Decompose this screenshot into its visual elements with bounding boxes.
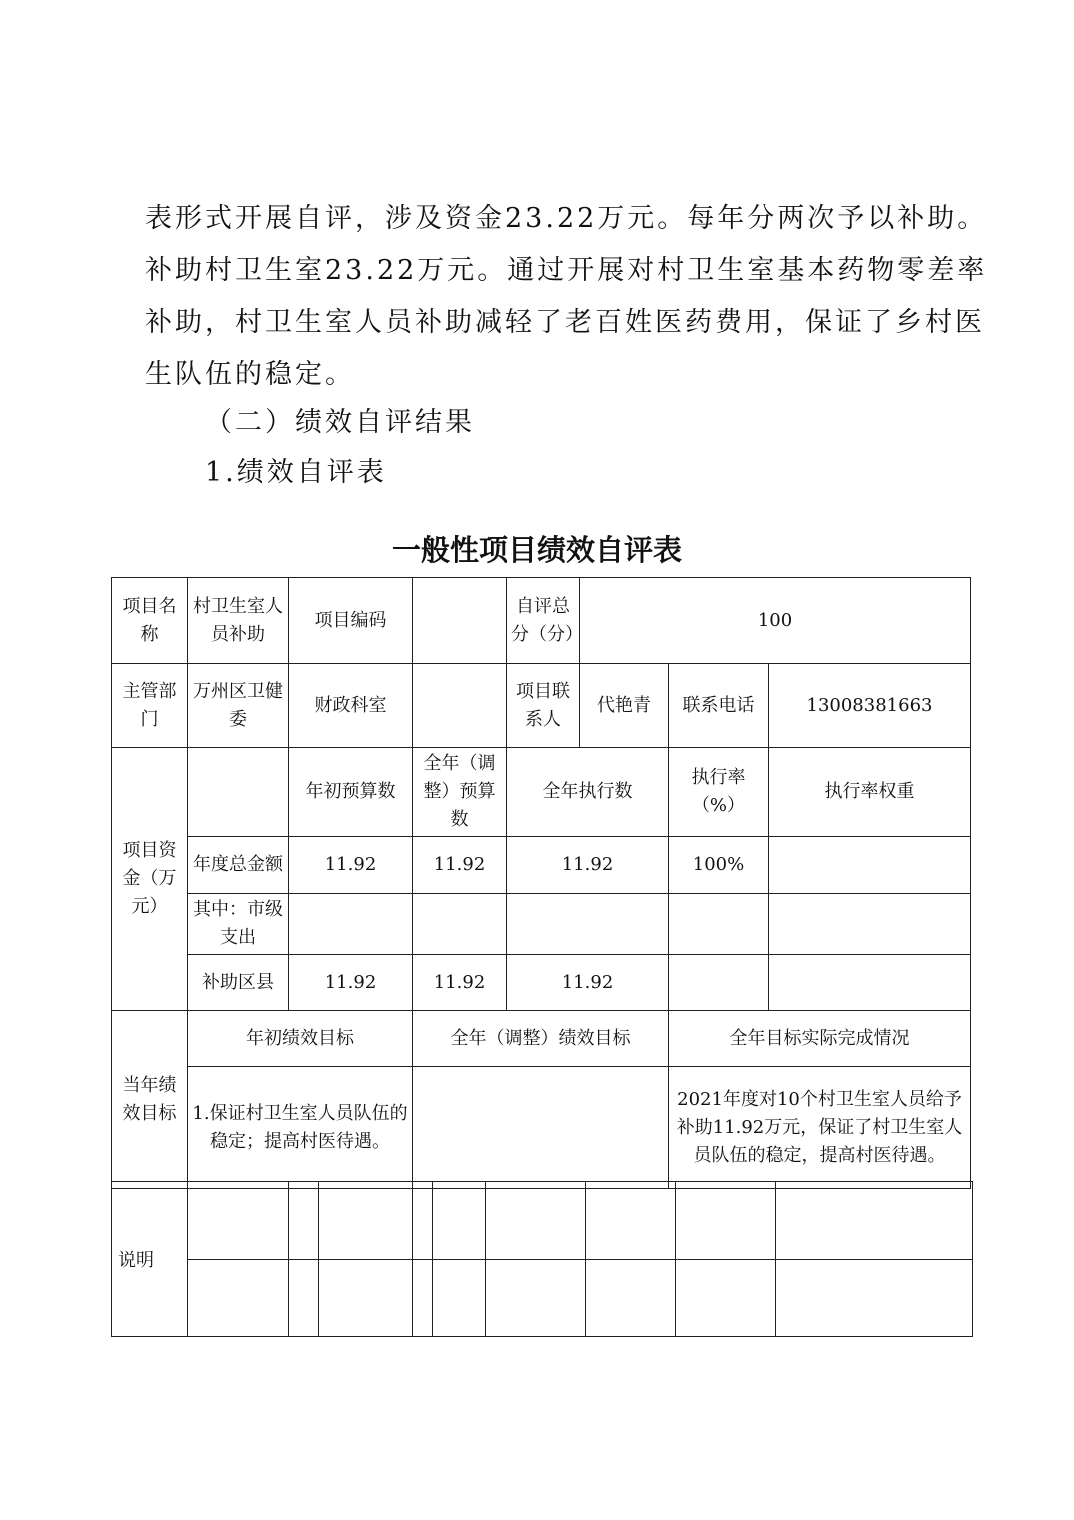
table-title: 一般性项目绩效自评表 <box>0 528 1074 569</box>
project-name-value: 村卫生室人员补助 <box>188 578 289 664</box>
initial-goal: 1.保证村卫生室人员队伍的稳定；提高村医待遇。 <box>188 1067 413 1189</box>
score-label: 自评总分（分） <box>507 578 580 664</box>
empty-cell <box>776 1182 973 1260</box>
funds-adjusted <box>413 894 507 955</box>
funds-rate <box>669 894 769 955</box>
funds-header: 执行率权重 <box>769 748 971 837</box>
body-paragraph: 表形式开展自评，涉及资金23.22万元。每年分两次予以补助。 补助村卫生室23.… <box>145 193 945 401</box>
project-code-value <box>413 578 507 664</box>
empty-cell <box>486 1182 586 1260</box>
paragraph-line: 补助，村卫生室人员补助减轻了老百姓医药费用，保证了乡村医 <box>145 297 945 349</box>
empty-cell <box>586 1182 676 1260</box>
empty-cell <box>289 1182 319 1260</box>
score-value: 100 <box>580 578 971 664</box>
funds-initial: 11.92 <box>289 837 413 894</box>
empty-cell <box>319 1260 413 1337</box>
table-row: 其中：市级支出 <box>112 894 971 955</box>
funds-header: 全年（调整）预算数 <box>413 748 507 837</box>
funds-row-label: 其中：市级支出 <box>188 894 289 955</box>
empty-cell <box>433 1182 486 1260</box>
adjusted-goal <box>413 1067 669 1189</box>
subsection-heading: 1.绩效自评表 <box>205 450 387 489</box>
funds-header: 全年执行数 <box>507 748 669 837</box>
funds-section-label: 项目资金（万元） <box>112 748 188 1011</box>
empty-cell <box>319 1182 413 1260</box>
goals-header: 全年（调整）绩效目标 <box>413 1011 669 1067</box>
paragraph-line: 补助村卫生室23.22万元。通过开展对村卫生室基本药物零差率 <box>145 245 945 297</box>
paragraph-line: 生队伍的稳定。 <box>145 349 945 401</box>
project-name-label: 项目名称 <box>112 578 188 664</box>
empty-cell <box>676 1260 776 1337</box>
table-row: 1.保证村卫生室人员队伍的稳定；提高村医待遇。 2021年度对10个村卫生室人员… <box>112 1067 971 1189</box>
funds-weight <box>769 894 971 955</box>
funds-executed <box>507 894 669 955</box>
phone-label: 联系电话 <box>669 664 769 748</box>
empty-cell <box>676 1182 776 1260</box>
table-row: 项目资金（万元） 年初预算数 全年（调整）预算数 全年执行数 执行率（%） 执行… <box>112 748 971 837</box>
funds-initial <box>289 894 413 955</box>
empty-cell <box>413 1260 433 1337</box>
funds-row-label: 补助区县 <box>188 955 289 1011</box>
table-row: 主管部门 万州区卫健委 财政科室 项目联系人 代艳青 联系电话 13008381… <box>112 664 971 748</box>
dept-value: 万州区卫健委 <box>188 664 289 748</box>
table-row: 当年绩效目标 年初绩效目标 全年（调整）绩效目标 全年目标实际完成情况 <box>112 1011 971 1067</box>
goals-section-label: 当年绩效目标 <box>112 1011 188 1189</box>
phone-value: 13008381663 <box>769 664 971 748</box>
funds-adjusted: 11.92 <box>413 955 507 1011</box>
table-row: 项目名称 村卫生室人员补助 项目编码 自评总分（分） 100 <box>112 578 971 664</box>
empty-cell <box>188 1260 289 1337</box>
contact-value: 代艳青 <box>580 664 669 748</box>
funds-header: 年初预算数 <box>289 748 413 837</box>
notes-table: 说明 <box>111 1181 973 1337</box>
contact-label: 项目联系人 <box>507 664 580 748</box>
goals-header: 全年目标实际完成情况 <box>669 1011 971 1067</box>
self-evaluation-table: 项目名称 村卫生室人员补助 项目编码 自评总分（分） 100 主管部门 万州区卫… <box>111 577 971 1189</box>
empty-cell <box>413 1182 433 1260</box>
funds-executed: 11.92 <box>507 837 669 894</box>
table-row <box>112 1260 973 1337</box>
empty-cell <box>433 1260 486 1337</box>
office-label: 财政科室 <box>289 664 413 748</box>
funds-rate <box>669 955 769 1011</box>
actual-completion: 2021年度对10个村卫生室人员给予补助11.92万元，保证了村卫生室人员队伍的… <box>669 1067 971 1189</box>
table-row: 年度总金额 11.92 11.92 11.92 100% <box>112 837 971 894</box>
funds-header: 执行率（%） <box>669 748 769 837</box>
funds-weight <box>769 837 971 894</box>
funds-adjusted: 11.92 <box>413 837 507 894</box>
goals-header: 年初绩效目标 <box>188 1011 413 1067</box>
office-value <box>413 664 507 748</box>
empty-cell <box>289 1260 319 1337</box>
table-row: 补助区县 11.92 11.92 11.92 <box>112 955 971 1011</box>
section-heading: （二）绩效自评结果 <box>205 400 475 439</box>
funds-weight <box>769 955 971 1011</box>
paragraph-line: 表形式开展自评，涉及资金23.22万元。每年分两次予以补助。 <box>145 193 945 245</box>
empty-cell <box>188 1182 289 1260</box>
funds-rate: 100% <box>669 837 769 894</box>
table-row: 说明 <box>112 1182 973 1260</box>
funds-header <box>188 748 289 837</box>
dept-label: 主管部门 <box>112 664 188 748</box>
funds-executed: 11.92 <box>507 955 669 1011</box>
empty-cell <box>586 1260 676 1337</box>
empty-cell <box>776 1260 973 1337</box>
empty-cell <box>486 1260 586 1337</box>
project-code-label: 项目编码 <box>289 578 413 664</box>
notes-label: 说明 <box>112 1182 188 1337</box>
funds-initial: 11.92 <box>289 955 413 1011</box>
funds-row-label: 年度总金额 <box>188 837 289 894</box>
